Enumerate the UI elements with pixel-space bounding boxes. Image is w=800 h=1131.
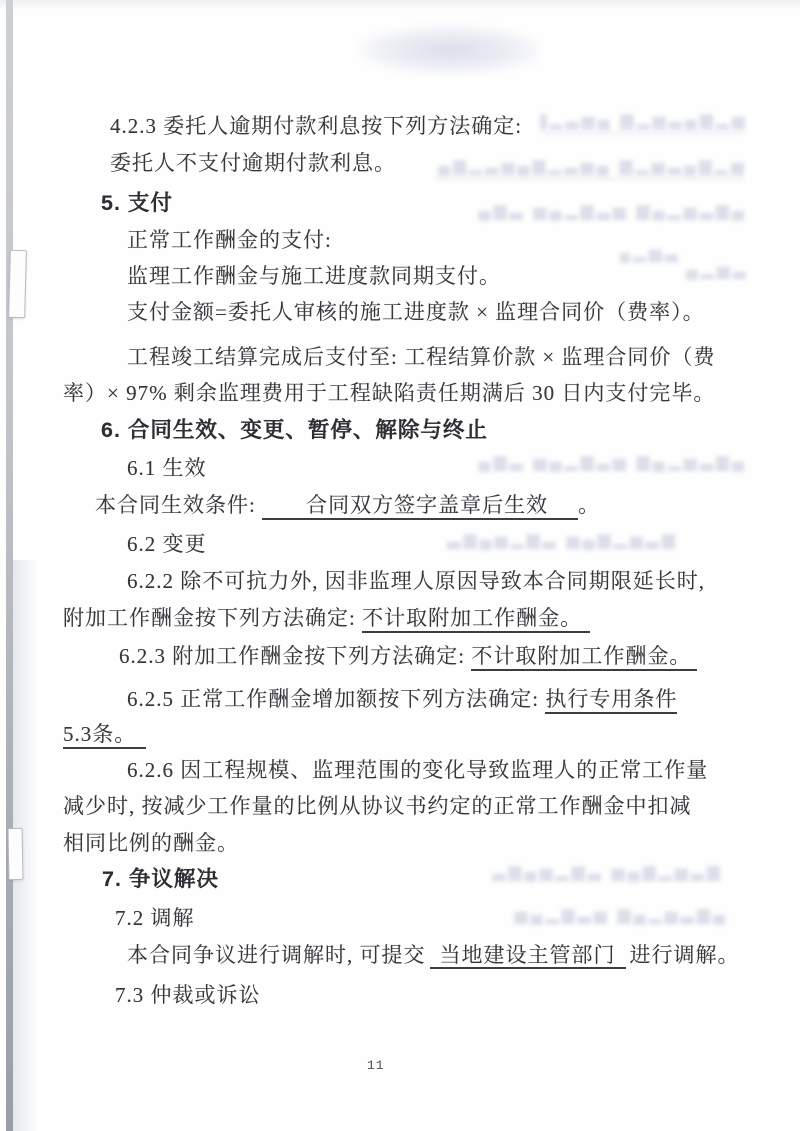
clause-6-2-2-label: 附加工作酬金按下列方法确定:: [63, 606, 362, 630]
clause-6-2-2-line-1: 6.2.2 除不可抗力外, 因非监理人原因导致本合同期限延长时,: [127, 568, 705, 595]
payment-line-4b: 率）× 97% 剩余监理费用于工程缺陷责任期满后 30 日内支付完毕。: [63, 380, 715, 407]
effective-condition-period: 。: [578, 493, 600, 517]
page-number: 11: [367, 1058, 385, 1073]
bleedthrough-smudge: ▃▅▂▄ ▆▃: [686, 260, 746, 280]
clause-6-2-6-line-3: 相同比例的酬金。: [63, 830, 239, 857]
heading-5-payment: 5. 支付: [101, 190, 173, 217]
clause-6-2-6-line-1: 6.2.6 因工程规模、监理范围的变化导致监理人的正常工作量: [127, 757, 708, 784]
subheading-7-3: 7.3 仲裁或诉讼: [115, 982, 261, 1009]
bleedthrough-smudge: ▆▃▅▂▆▄▅ ▃▆▂▅▄▆▃: [430, 862, 720, 882]
paper-edge: [6, 0, 13, 1131]
mediation-suffix: 进行调解。: [630, 943, 740, 967]
bleedthrough-smudge: ▃▅▂▄ ▆▃: [620, 243, 678, 263]
mediation-label: 本合同争议进行调解时, 可提交: [127, 943, 426, 967]
clause-6-2-5-line-2: 5.3条。: [63, 721, 146, 749]
bleedthrough-smudge: ▅▂▆▄▃▅▂▆ ▄▅▃▂▆▄▅▃▂▆▄: [436, 156, 744, 180]
clause-7-2-mediation: 本合同争议进行调解时, 可提交当地建设主管部门进行调解。: [127, 942, 740, 969]
effective-condition-filled-blank: 合同双方签字盖章后生效: [262, 493, 578, 520]
clause-6-2-3: 6.2.3 附加工作酬金按下列方法确定: 不计取附加工作酬金。: [119, 643, 697, 671]
fold-mark: [8, 828, 24, 880]
subheading-6-1: 6.1 生效: [127, 455, 207, 482]
fold-mark: [8, 250, 27, 318]
clause-6-2-2-line-2: 附加工作酬金按下列方法确定: 不计取附加工作酬金。: [63, 605, 590, 633]
subheading-6-2: 6.2 变更: [127, 531, 207, 558]
clause-6-2-5-line-1: 6.2.5 正常工作酬金增加额按下列方法确定: 执行专用条件: [127, 686, 677, 714]
clause-4-2-3-title: 4.2.3 委托人逾期付款利息按下列方法确定:: [110, 113, 522, 140]
bleedthrough-smudge: ▆▃▅▂▆▄▅ ▃▆▂▅▄▆▃: [410, 530, 675, 550]
heading-6-contract-effect: 6. 合同生效、变更、暂停、解除与终止: [101, 417, 488, 444]
payment-line-3: 支付金额=委托人审核的施工进度款 × 监理合同价（费率）。: [127, 299, 705, 326]
clause-6-2-3-label: 6.2.3 附加工作酬金按下列方法确定:: [119, 644, 471, 668]
payment-line-2: 监理工作酬金与施工进度款同期支付。: [127, 263, 501, 290]
heading-7-dispute-resolution: 7. 争议解决: [102, 866, 219, 893]
bleedthrough-blob: [360, 26, 540, 74]
payment-line-4a: 工程竣工结算完成后支付至: 工程结算价款 × 监理合同价（费: [127, 344, 715, 371]
bleedthrough-smudge: ▄▆▃▅▂▄▆ ▅▃▆▂▄▅ ▃▆▄: [428, 452, 744, 472]
clause-6-2-5-filled-blank-part1: 执行专用条件: [545, 687, 677, 714]
clause-4-2-3-answer: 委托人不支付逾期付款利息。: [110, 150, 396, 177]
scanned-contract-page: ▅▂▆▄▃▅▂▆ ▄▅▃▂▆▄▅▃▂▆▄ ▅▂▆▄▃▅▂▆ ▄▅▃▂▆▄▅▃▂▆…: [0, 0, 800, 1131]
clause-6-2-5-label: 6.2.5 正常工作酬金增加额按下列方法确定:: [127, 687, 545, 711]
subheading-7-2: 7.2 调解: [115, 905, 195, 932]
clause-6-2-6-line-2: 减少时, 按减少工作量的比例从协议书约定的正常工作酬金中扣减: [63, 793, 692, 820]
payment-line-1: 正常工作酬金的支付:: [127, 227, 332, 254]
clause-6-2-3-filled-blank: 不计取附加工作酬金。: [471, 644, 697, 671]
bleedthrough-smudge: ▄▆▃▅▂▄▆ ▅▃▆▂▄▅ ▃▆▄: [414, 201, 744, 221]
clause-6-1-effective-condition: 本合同生效条件: 合同双方签字盖章后生效。: [95, 492, 600, 520]
scan-top-edge-shadow: [0, 0, 800, 10]
bleedthrough-smudge: ▄▆▃▅▂▄▆ ▅▃▆▂▄▅ ▃▆▄: [510, 905, 725, 925]
effective-condition-label: 本合同生效条件:: [95, 493, 262, 517]
clause-6-2-2-filled-blank: 不计取附加工作酬金。: [362, 606, 590, 633]
mediation-filled-blank: 当地建设主管部门: [430, 943, 626, 969]
bleedthrough-smudge: ▅▂▆▄▃▅▂▆ ▄▅▃▂▆▄▅▃▂▆▄: [540, 110, 745, 134]
clause-6-2-5-filled-blank-part2: 5.3条。: [63, 722, 146, 749]
